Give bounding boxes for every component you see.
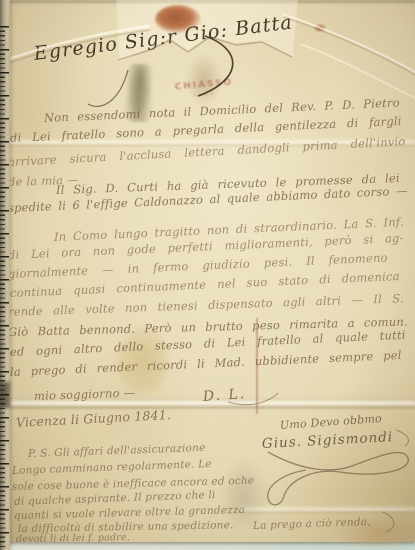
crease-highlight-topright-2 xyxy=(300,44,415,98)
postscript-curl xyxy=(382,512,394,532)
ruler xyxy=(0,0,10,550)
letter-paper: CHIASSO ···· Egregio Sig:r Gio: Batta No… xyxy=(0,0,415,542)
postmark-text: CHIASSO xyxy=(172,77,237,93)
salutation-descender xyxy=(88,70,128,106)
scanned-letter: CHIASSO ···· Egregio Sig:r Gio: Batta No… xyxy=(0,0,415,550)
postscript-right-note: La prego a ciò renda, xyxy=(253,517,371,533)
postscript-line: Longo camminano regolarmente. Le xyxy=(12,459,212,478)
ruler-ticks-long xyxy=(0,26,9,548)
signature: Gius. Sigismondi xyxy=(262,430,394,452)
signature-flourish xyxy=(268,452,409,505)
crease-highlight-topright xyxy=(282,14,415,72)
postscript-line: P. S. Gli affari dell'assicurazione xyxy=(28,443,206,461)
handwritten-line: mio soggiorno — xyxy=(34,386,136,402)
ink-bleed-smudge xyxy=(185,52,223,108)
horizontal-crease-lower xyxy=(240,505,415,514)
valediction-tail xyxy=(396,430,408,446)
crease-shadow-topright xyxy=(284,17,415,75)
dateline: Vicenza li Giugno 1841. xyxy=(16,408,172,430)
postscript-line: devoti li di lei f. padre. xyxy=(16,533,130,545)
small-red-mark xyxy=(315,25,325,31)
postmark-text-2: ···· xyxy=(173,88,237,102)
ruler-smudge xyxy=(0,382,10,408)
valediction: Umo Devo obbmo xyxy=(280,413,383,432)
salutation-flourish xyxy=(198,36,233,96)
closing-initials: D. L. xyxy=(202,387,246,405)
